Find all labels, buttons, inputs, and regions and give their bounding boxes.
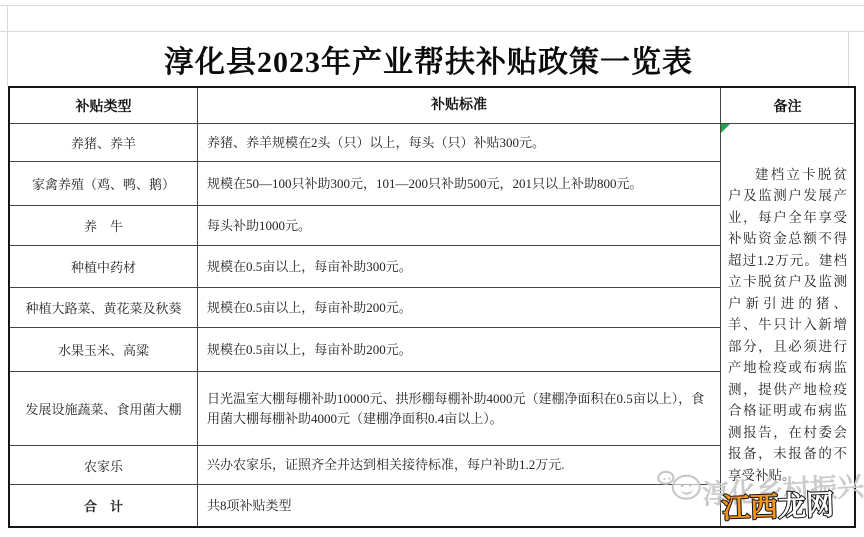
table-row: 种植中药材 规模在0.5亩以上，每亩补助300元。 <box>10 246 720 288</box>
row-type-cattle: 养 牛 <box>10 206 198 245</box>
col-header-subsidy-type: 补贴类型 <box>10 88 198 123</box>
table-row: 养 牛 每头补助1000元。 <box>10 206 720 246</box>
row-standard-herbs: 规模在0.5亩以上，每亩补助300元。 <box>198 246 720 287</box>
col-header-subsidy-standard: 补贴标准 <box>198 88 720 123</box>
remark-text: 建档立卡脱贫户及监测户发展产业，每户全年享受补贴资金总额不得超过1.2万元。建档… <box>728 164 847 487</box>
row-type-herbs: 种植中药材 <box>10 246 198 287</box>
table-main-columns: 补贴类型 补贴标准 养猪、养羊 养猪、养羊规模在2头（只）以上，每头（只）补贴3… <box>10 88 720 526</box>
table-row: 养猪、养羊 养猪、养羊规模在2头（只）以上，每头（只）补贴300元。 <box>10 124 720 162</box>
gridline-horizontal-top <box>0 5 864 6</box>
row-standard-fruit-corn-sorghum: 规模在0.5亩以上，每亩补助200元。 <box>198 328 720 371</box>
row-type-poultry: 家禽养殖（鸡、鸭、鹅） <box>10 162 198 205</box>
table-row: 种植大路菜、黄花菜及秋葵 规模在0.5亩以上，每亩补助200元。 <box>10 288 720 328</box>
row-type-agritainment: 农家乐 <box>10 446 198 484</box>
table-row: 家禽养殖（鸡、鸭、鹅） 规模在50—100只补助300元，101—200只补助5… <box>10 162 720 206</box>
row-standard-agritainment: 兴办农家乐，证照齐全并达到相关接待标准，每户补助1.2万元. <box>198 446 720 484</box>
row-standard-pigs-sheep: 养猪、养羊规模在2头（只）以上，每头（只）补贴300元。 <box>198 124 720 161</box>
row-type-vegetables: 种植大路菜、黄花菜及秋葵 <box>10 288 198 327</box>
table-row: 农家乐 兴办农家乐，证照齐全并达到相关接待标准，每户补助1.2万元. <box>10 446 720 485</box>
row-type-fruit-corn-sorghum: 水果玉米、高粱 <box>10 328 198 371</box>
table-row: 水果玉米、高粱 规模在0.5亩以上，每亩补助200元。 <box>10 328 720 372</box>
cell-error-indicator-icon <box>721 124 730 133</box>
row-standard-greenhouses: 日光温室大棚每棚补助10000元、拱形棚每棚补助4000元（建棚净面积在0.5亩… <box>198 372 720 445</box>
col-header-remark: 备注 <box>721 88 854 124</box>
row-standard-cattle: 每头补助1000元。 <box>198 206 720 245</box>
row-standard-vegetables: 规模在0.5亩以上，每亩补助200元。 <box>198 288 720 327</box>
remark-column: 备注 建档立卡脱贫户及监测户发展产业，每户全年享受补贴资金总额不得超过1.2万元… <box>720 88 854 526</box>
row-type-greenhouses: 发展设施蔬菜、食用菌大棚 <box>10 372 198 445</box>
table-total-row: 合 计 共8项补贴类型 <box>10 485 720 526</box>
page-title: 淳化县2023年产业帮扶补贴政策一览表 <box>8 31 849 86</box>
table-row: 发展设施蔬菜、食用菌大棚 日光温室大棚每棚补助10000元、拱形棚每棚补助400… <box>10 372 720 446</box>
row-type-pigs-sheep: 养猪、养羊 <box>10 124 198 161</box>
subsidy-table: 补贴类型 补贴标准 养猪、养羊 养猪、养羊规模在2头（只）以上，每头（只）补贴3… <box>8 86 856 528</box>
row-standard-total: 共8项补贴类型 <box>198 485 720 526</box>
table-header-row: 补贴类型 补贴标准 <box>10 88 720 124</box>
page: 淳化县2023年产业帮扶补贴政策一览表 补贴类型 补贴标准 养猪、养羊 养猪、养… <box>0 0 864 537</box>
row-type-total: 合 计 <box>10 485 198 526</box>
remark-merged-cell: 建档立卡脱贫户及监测户发展产业，每户全年享受补贴资金总额不得超过1.2万元。建档… <box>721 124 854 526</box>
row-standard-poultry: 规模在50—100只补助300元，101—200只补助500元，201只以上补助… <box>198 162 720 205</box>
